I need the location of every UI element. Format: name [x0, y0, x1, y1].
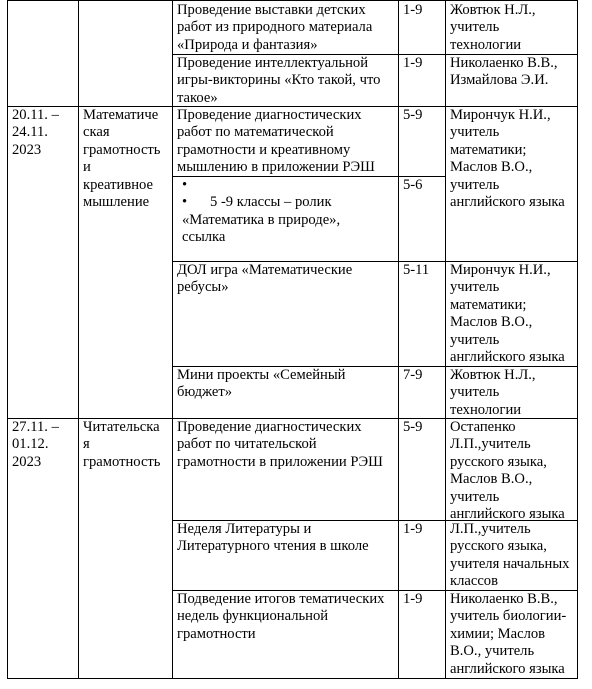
column-divider — [398, 0, 399, 679]
event-bulleted-wrapper: • — [177, 177, 397, 194]
event-text: Проведение выставки детских работ из при… — [177, 2, 372, 54]
event-responsible: Николаенко В.В., учитель биологии- химии… — [450, 591, 566, 678]
event-text: Подведение итогов тематических недель фу… — [177, 591, 384, 643]
date-range: 20.11. – 24.11. 2023 — [12, 107, 59, 159]
event-responsible: Жовтюк Н.Л., учитель технологии — [450, 2, 536, 54]
bullet-icon: • — [182, 177, 210, 194]
event-text: Проведение диагностических работ по мате… — [177, 107, 375, 177]
event-grades: 5-11 — [403, 262, 429, 279]
event-grades: 1-9 — [403, 2, 422, 19]
row-divider — [7, 0, 578, 1]
event-grades: 1-9 — [403, 55, 422, 72]
event-grades: 5-9 — [403, 107, 422, 124]
topic: Математиче ская грамотность и креативное… — [83, 107, 160, 211]
event-responsible: Л.П.,учитель русского языка, учителя нач… — [450, 521, 569, 591]
bullet-line: • — [177, 177, 397, 194]
date-range: 27.11. – 01.12. 2023 — [12, 419, 59, 471]
schedule-table: Проведение выставки детских работ из при… — [0, 0, 592, 689]
event-grades: 7-9 — [403, 367, 422, 384]
event-responsible: Остапенко Л.П.,учитель русского языка, М… — [450, 419, 565, 523]
event-text: Неделя Литературы и Литературного чтения… — [177, 521, 369, 556]
event-grades: 5-9 — [403, 419, 422, 436]
topic: Читательска я грамотность — [83, 419, 160, 471]
event-responsible: Мирончук Н.И., учитель математики; Масло… — [450, 262, 565, 366]
bullet-icon: • — [182, 194, 210, 211]
event-text: Проведение интеллектуальной игры-виктори… — [177, 55, 380, 107]
event-responsible: Мирончук Н.И., учитель математики; Масло… — [450, 107, 565, 211]
table-border-bottom — [7, 678, 578, 679]
event-text: Проведение диагностических работ по чита… — [177, 419, 383, 471]
event-grades: 1-9 — [403, 521, 422, 538]
event-text: ДОЛ игра «Математические ребусы» — [177, 262, 352, 297]
column-divider — [78, 0, 79, 679]
event-responsible: Жовтюк Н.Л., учитель технологии — [450, 367, 536, 419]
column-divider — [445, 0, 446, 679]
table-border-right — [577, 0, 578, 679]
event-grades: 1-9 — [403, 591, 422, 608]
event-grades: 5-6 — [403, 177, 422, 194]
event-responsible: Николаенко В.В., Измайлова Э.И. — [450, 55, 558, 90]
event-text: Мини проекты «Семейный бюджет» — [177, 367, 345, 402]
table-border-left — [7, 0, 8, 679]
column-divider — [172, 0, 173, 679]
